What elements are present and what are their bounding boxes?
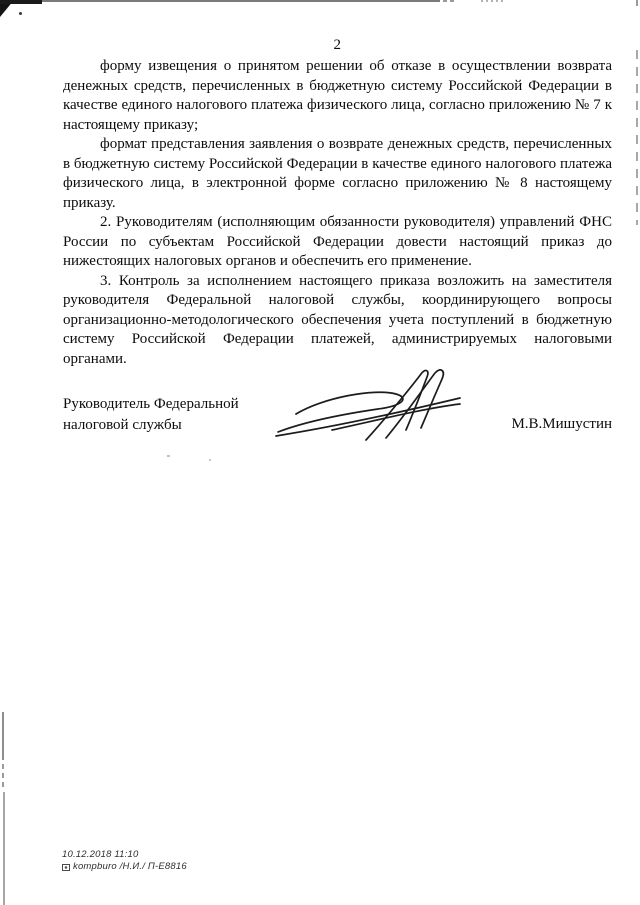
scan-artifact-left-line-upper bbox=[2, 712, 4, 760]
scan-artifact-speck bbox=[19, 12, 22, 15]
scan-artifact-speck bbox=[209, 459, 211, 461]
scan-artifact-right-tick bbox=[636, 0, 638, 6]
scanned-document-page: 2 форму извещения о принятом решении об … bbox=[0, 0, 640, 905]
signer-name: М.В.Мишустин bbox=[511, 416, 612, 433]
scan-artifact-speck bbox=[167, 455, 170, 457]
scan-artifact-top-dash bbox=[443, 0, 455, 2]
scan-artifact-top-line bbox=[42, 0, 440, 2]
paragraph-item-2: 2. Руководителям (исполняющим обязанност… bbox=[63, 213, 612, 272]
scan-artifact-right-dashed-line bbox=[636, 50, 638, 225]
scan-timestamp: 10.12.2018 11:10 bbox=[62, 849, 187, 861]
scan-stamp-row: kompburo /Н.И./ П-Е8816 bbox=[62, 861, 187, 873]
scan-artifact-left-line-lower bbox=[3, 792, 5, 905]
scan-artifact-left-dashes bbox=[2, 764, 4, 790]
scan-artifact-top-dots bbox=[481, 0, 503, 2]
scan-footer: 10.12.2018 11:10 kompburo /Н.И./ П-Е8816 bbox=[62, 849, 187, 873]
handwritten-signature-icon bbox=[274, 368, 462, 442]
page-number: 2 bbox=[63, 37, 612, 54]
scan-artifact-top-bar bbox=[0, 0, 42, 4]
paragraph-format-statement: формат представления заявления о возврат… bbox=[63, 135, 612, 213]
signer-title: Руководитель Федеральной налоговой служб… bbox=[63, 394, 259, 436]
paragraph-item-3: 3. Контроль за исполнением настоящего пр… bbox=[63, 272, 612, 370]
stamp-icon bbox=[62, 864, 70, 871]
document-body: форму извещения о принятом решении об от… bbox=[63, 57, 612, 369]
scan-stamp-text: kompburo /Н.И./ П-Е8816 bbox=[73, 861, 187, 873]
paragraph-form-notice: форму извещения о принятом решении об от… bbox=[63, 57, 612, 135]
